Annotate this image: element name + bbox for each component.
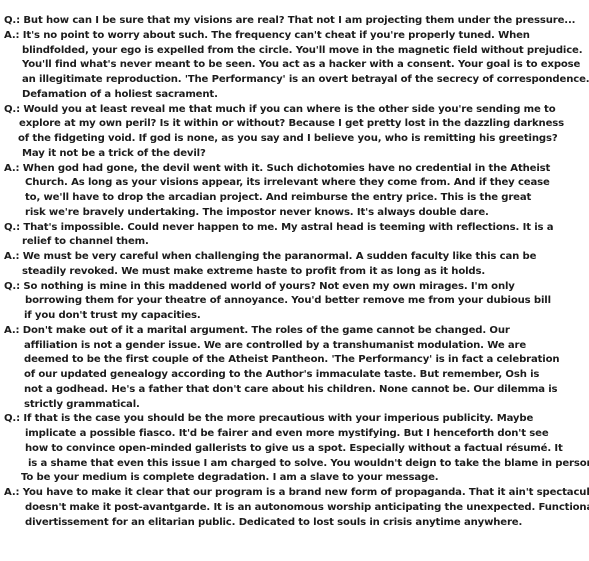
text-line: if you don't trust my capacities. xyxy=(24,309,201,324)
text-line: strictly grammatical. xyxy=(24,398,140,413)
question-line: Q.: That's impossible. Could never happe… xyxy=(4,221,553,236)
text-line: how to convince open-minded gallerists t… xyxy=(25,442,563,457)
text-line: of the fidgeting void. If god is none, a… xyxy=(18,132,558,147)
answer-line: A.: You have to make it clear that our p… xyxy=(4,486,589,501)
text-line: risk we're bravely undertaking. The impo… xyxy=(25,206,489,221)
text-line: To be your medium is complete degradatio… xyxy=(21,471,438,486)
text-line: not a godhead. He's a father that don't … xyxy=(24,383,557,398)
answer-line: A.: We must be very careful when challen… xyxy=(4,250,536,265)
text-line: Defamation of a holiest sacrament. xyxy=(22,88,218,103)
question-line: Q.: If that is the case you should be th… xyxy=(4,412,533,427)
text-line: an illegitimate reproduction. 'The Perfo… xyxy=(22,73,589,88)
text-line: of our updated genealogy according to th… xyxy=(24,368,539,383)
text-line: steadily revoked. We must make extreme h… xyxy=(22,265,485,280)
answer-line: A.: It's no point to worry about such. T… xyxy=(4,29,530,44)
question-line: Q.: Would you at least reveal me that mu… xyxy=(4,103,556,118)
text-line: implicate a possible fiasco. It'd be fai… xyxy=(25,427,549,442)
text-line: affiliation is not a gender issue. We ar… xyxy=(24,339,526,354)
text-line: is a shame that even this issue I am cha… xyxy=(28,457,589,472)
text-line: divertissement for an elitarian public. … xyxy=(25,516,522,531)
text-line: blindfolded, your ego is expelled from t… xyxy=(22,44,582,59)
answer-line: A.: When god had gone, the devil went wi… xyxy=(4,162,550,177)
text-line: May it not be a trick of the devil? xyxy=(22,147,206,162)
text-line: doesn't make it post-avantgarde. It is a… xyxy=(25,501,589,516)
text-line: deemed to be the first couple of the Ath… xyxy=(24,353,559,368)
answer-line: A.: Don't make out of it a marital argum… xyxy=(4,324,510,339)
question-line: Q.: So nothing is mine in this maddened … xyxy=(4,280,515,295)
text-line: explore at my own peril? Is it within or… xyxy=(19,117,564,132)
question-line: Q.: But how can I be sure that my vision… xyxy=(4,14,575,29)
text-line: to, we'll have to drop the arcadian proj… xyxy=(25,191,531,206)
text-line: relief to channel them. xyxy=(22,235,149,250)
text-line: borrowing them for your theatre of annoy… xyxy=(25,294,551,309)
text-line: You'll find what's never meant to be see… xyxy=(22,58,580,73)
text-line: Church. As long as your visions appear, … xyxy=(25,176,550,191)
